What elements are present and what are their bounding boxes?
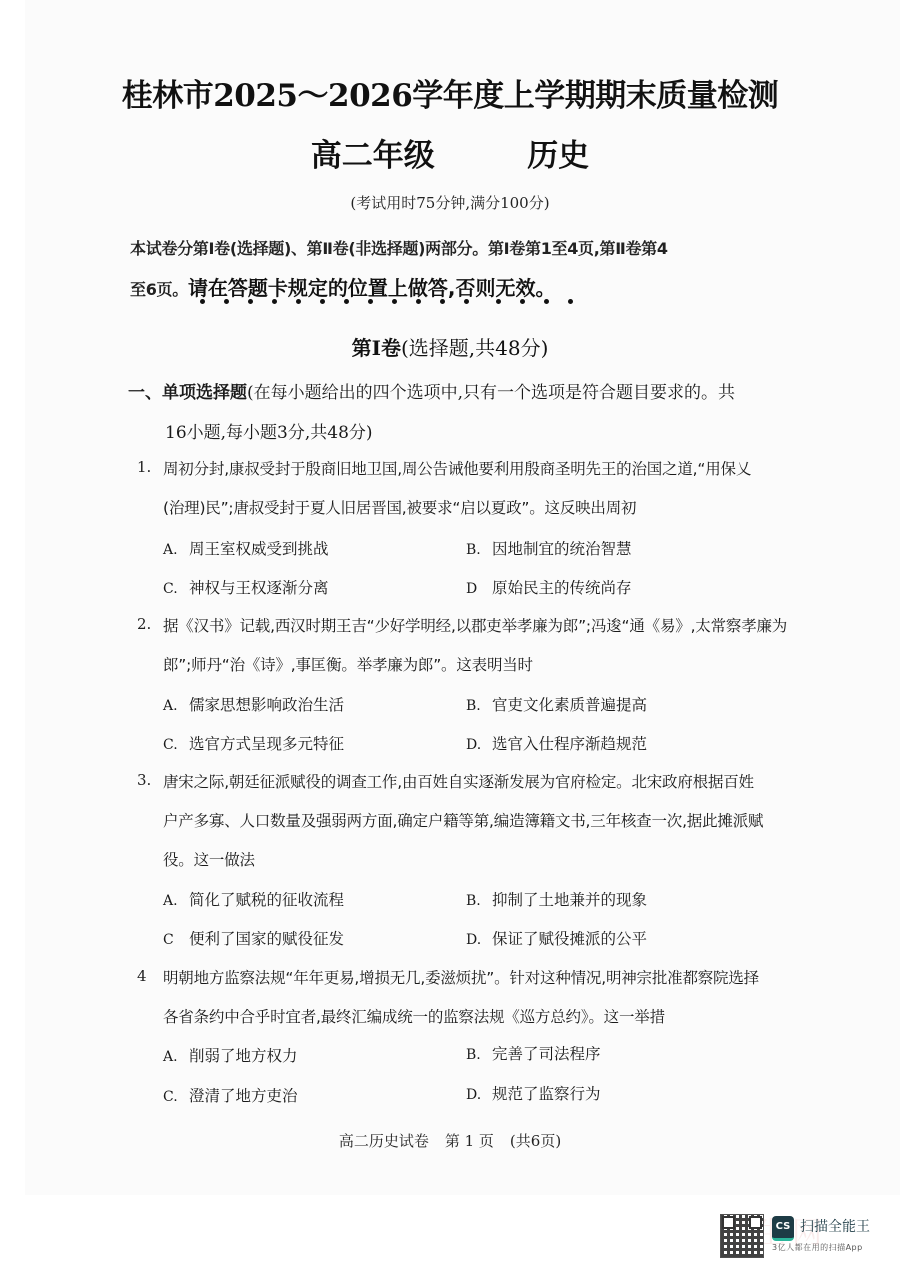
question-text-line: 明朝地方监察法规“年年更易,增损无几,委滋烦扰”。针对这种情况,明神宗批准都察院… [163,966,759,988]
option-d: D.选官入仕程序渐趋规范 [466,732,647,754]
scanner-app-name: 扫描全能王 [800,1216,870,1236]
section-title-bold: 第Ⅰ卷 [352,336,401,360]
option-b: B.官吏文化素质普遍提高 [466,693,647,715]
scanner-watermark: 考生网 CS 扫描全能王 3亿人都在用的扫描App [720,1208,895,1266]
option-b: B.因地制宜的统治智慧 [466,537,632,559]
option-c: C.澄清了地方吏治 [163,1084,298,1106]
footer-page-number: 第 1 页 [445,1132,494,1150]
question-text-line: (治理)民”;唐叔受封于夏人旧居晋国,被要求“启以夏政”。这反映出周初 [163,496,636,518]
option-d: D.规范了监察行为 [466,1082,601,1104]
part-heading-line-2: 16小题,每小题3分,共48分) [165,418,373,443]
question-text-line: 户产多寡、人口数量及强弱两方面,确定户籍等第,编造簿籍文书,三年核查一次,据此摊… [163,809,763,831]
option-b: B.完善了司法程序 [466,1042,601,1064]
question-text-line: 郎”;师丹“治《诗》,事匡衡。举孝廉为郎”。这表明当时 [163,653,533,675]
part-desc-1: (在每小题给出的四个选项中,只有一个选项是符合题目要求的。共 [247,383,735,403]
footer-paper-name: 高二历史试卷 [339,1132,429,1150]
exam-time-info: (考试用时75分钟,满分100分) [0,192,900,213]
question-number: 4 [137,967,147,985]
footer-total-pages: (共6页) [510,1132,561,1150]
option-a: A.周王室权威受到挑战 [163,537,329,559]
part-lead: 一、单项选择题 [128,383,247,403]
option-d: D原始民主的传统尚存 [466,576,632,598]
subject-label: 历史 [527,138,589,174]
question-text-line: 役。这一做法 [163,848,255,870]
section-title: 第Ⅰ卷(选择题,共48分) [0,332,900,361]
emphasis-dots [200,292,592,308]
exam-subtitle: 高二年级 历史 [0,130,900,175]
question-text-line: 各省条约中合乎时宜者,最终汇编成统一的监察法规《巡方总约》。这一举措 [163,1005,665,1027]
page-footer: 高二历史试卷第 1 页(共6页) [0,1130,900,1151]
instructions-line-1: 本试卷分第Ⅰ卷(选择题)、第Ⅱ卷(非选择题)两部分。第Ⅰ卷第1至4页,第Ⅱ卷第4 [130,236,668,259]
question-number: 3. [137,771,151,789]
option-c: C.神权与王权逐渐分离 [163,576,329,598]
question-number: 2. [137,615,151,633]
question-text-line: 周初分封,康叔受封于殷商旧地卫国,周公告诫他要利用殷商圣明先王的治国之道,“用保… [163,457,751,479]
grade-label: 高二年级 [311,138,435,174]
option-a: A.简化了赋税的征收流程 [163,888,344,910]
option-a: A.削弱了地方权力 [163,1044,298,1066]
question-text-line: 据《汉书》记载,西汉时期王吉“少好学明经,以郡吏举孝廉为郎”;冯逡“通《易》,太… [163,614,787,636]
camscanner-logo-icon: CS [772,1216,794,1241]
option-d: D.保证了赋役摊派的公平 [466,927,647,949]
part-heading-line-1: 一、单项选择题(在每小题给出的四个选项中,只有一个选项是符合题目要求的。共 [128,378,735,403]
scanner-app-slogan: 3亿人都在用的扫描App [772,1242,863,1253]
exam-main-title: 桂林市2025～2026学年度上学期期末质量检测 [0,70,900,115]
option-b: B.抑制了土地兼并的现象 [466,888,647,910]
question-number: 1. [137,458,151,476]
instructions-page-range: 至6页。 [130,280,188,299]
question-text-line: 唐宋之际,朝廷征派赋役的调查工作,由百姓自实逐渐发展为官府检定。北宋政府根据百姓 [163,770,754,792]
qr-code-icon [720,1214,764,1258]
option-c: C.选官方式呈现多元特征 [163,732,344,754]
option-c: C便利了国家的赋役征发 [163,927,344,949]
option-a: A.儒家思想影响政治生活 [163,693,344,715]
section-title-rest: (选择题,共48分) [401,336,548,360]
